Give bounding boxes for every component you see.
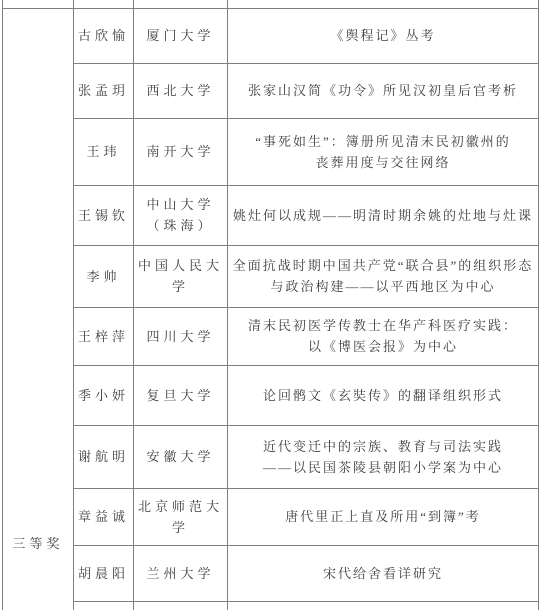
university-cell: 复旦大学 <box>134 365 228 425</box>
university-cell: 中国人民大学 <box>134 245 228 307</box>
award-list-page: 三等奖 古欣愉 厦门大学 《舆程记》丛考 张孟玥 西北大学 张家山汉简《功令》所… <box>0 0 541 610</box>
table-row: 张孟玥 西北大学 张家山汉简《功令》所见汉初皇后官考析 <box>3 63 539 118</box>
award-table: 三等奖 古欣愉 厦门大学 《舆程记》丛考 张孟玥 西北大学 张家山汉简《功令》所… <box>2 0 539 610</box>
name-cell: 王玮 <box>74 118 134 185</box>
title-cell <box>228 601 539 610</box>
name-cell: 张孟玥 <box>74 63 134 118</box>
partial-row-bottom <box>3 601 539 610</box>
university-cell: 厦门大学 <box>134 8 228 63</box>
title-cell: 宋代给舍看详研究 <box>228 545 539 601</box>
table-row: 王梓萍 四川大学 清末民初医学传教士在华产科医疗实践： 以《博医会报》为中心 <box>3 307 539 365</box>
title-cell: 全面抗战时期中国共产党“联合县”的组织形态 与政治构建——以平西地区为中心 <box>228 245 539 307</box>
name-cell: 谢航明 <box>74 425 134 488</box>
title-cell: 姚灶何以成规——明清时期余姚的灶地与灶课 <box>228 185 539 245</box>
university-cell: 中山大学 （珠海） <box>134 185 228 245</box>
title-cell: 张家山汉简《功令》所见汉初皇后官考析 <box>228 63 539 118</box>
name-cell <box>74 601 134 610</box>
prize-cell: 三等奖 <box>3 8 74 610</box>
partial-row-top <box>3 0 539 8</box>
table-row: 季小妍 复旦大学 论回鹘文《玄奘传》的翻译组织形式 <box>3 365 539 425</box>
table-row: 王玮 南开大学 “事死如生”：簿册所见清末民初徽州的 丧葬用度与交往网络 <box>3 118 539 185</box>
university-cell <box>134 601 228 610</box>
table-row: 章益诚 北京师范大学 唐代里正上直及所用“到簿”考 <box>3 488 539 545</box>
name-cell: 章益诚 <box>74 488 134 545</box>
university-cell: 北京师范大学 <box>134 488 228 545</box>
name-cell: 李帅 <box>74 245 134 307</box>
title-cell: 近代变迁中的宗族、教育与司法实践 ——以民国茶陵县朝阳小学案为中心 <box>228 425 539 488</box>
name-cell: 胡晨阳 <box>74 545 134 601</box>
table-row: 三等奖 古欣愉 厦门大学 《舆程记》丛考 <box>3 8 539 63</box>
title-cell: 唐代里正上直及所用“到簿”考 <box>228 488 539 545</box>
university-cell: 西北大学 <box>134 63 228 118</box>
title-cell: 《舆程记》丛考 <box>228 8 539 63</box>
table-row: 胡晨阳 兰州大学 宋代给舍看详研究 <box>3 545 539 601</box>
name-cell <box>74 0 134 8</box>
name-cell: 古欣愉 <box>74 8 134 63</box>
title-cell <box>228 0 539 8</box>
table-row: 王锡钦 中山大学 （珠海） 姚灶何以成规——明清时期余姚的灶地与灶课 <box>3 185 539 245</box>
table-row: 李帅 中国人民大学 全面抗战时期中国共产党“联合县”的组织形态 与政治构建——以… <box>3 245 539 307</box>
title-cell: 论回鹘文《玄奘传》的翻译组织形式 <box>228 365 539 425</box>
name-cell: 季小妍 <box>74 365 134 425</box>
table-row: 谢航明 安徽大学 近代变迁中的宗族、教育与司法实践 ——以民国茶陵县朝阳小学案为… <box>3 425 539 488</box>
name-cell: 王锡钦 <box>74 185 134 245</box>
university-cell: 四川大学 <box>134 307 228 365</box>
title-cell: “事死如生”：簿册所见清末民初徽州的 丧葬用度与交往网络 <box>228 118 539 185</box>
university-cell <box>134 0 228 8</box>
university-cell: 兰州大学 <box>134 545 228 601</box>
university-cell: 安徽大学 <box>134 425 228 488</box>
prize-cell-previous-section <box>3 0 74 8</box>
title-cell: 清末民初医学传教士在华产科医疗实践： 以《博医会报》为中心 <box>228 307 539 365</box>
university-cell: 南开大学 <box>134 118 228 185</box>
name-cell: 王梓萍 <box>74 307 134 365</box>
prize-label: 三等奖 <box>3 533 73 552</box>
